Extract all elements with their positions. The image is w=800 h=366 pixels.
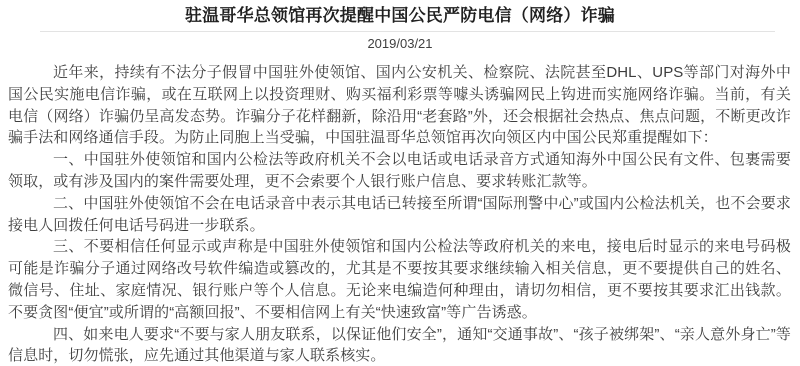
article-title: 驻温哥华总领馆再次提醒中国公民严防电信（网络）诈骗 — [0, 0, 800, 27]
paragraph-point-1: 一、中国驻外使领馆和国内公检法等政府机关不会以电话或电话录音方式通知海外中国公民… — [8, 149, 791, 193]
paragraph-point-3: 三、不要相信任何显示或声称是中国驻外使领馆和国内公检法等政府机关的来电，接电后时… — [8, 236, 791, 323]
article-content: 近年来，持续有不法分子假冒中国驻外使领馆、国内公安机关、检察院、法院甚至DHL、… — [0, 62, 800, 366]
paragraph-intro: 近年来，持续有不法分子假冒中国驻外使领馆、国内公安机关、检察院、法院甚至DHL、… — [8, 62, 791, 149]
article-page: 驻温哥华总领馆再次提醒中国公民严防电信（网络）诈骗 2019/03/21 近年来… — [0, 0, 800, 366]
title-divider — [40, 31, 775, 32]
paragraph-point-2: 二、中国驻外使领馆不会在电话录音中表示其电话已转接至所谓“国际刑警中心”或国内公… — [8, 193, 791, 237]
article-date: 2019/03/21 — [0, 36, 800, 52]
paragraph-point-4: 四、如来电人要求“不要与家人朋友联系，以保证他们安全”，通知“交通事故”、“孩子… — [8, 324, 791, 366]
